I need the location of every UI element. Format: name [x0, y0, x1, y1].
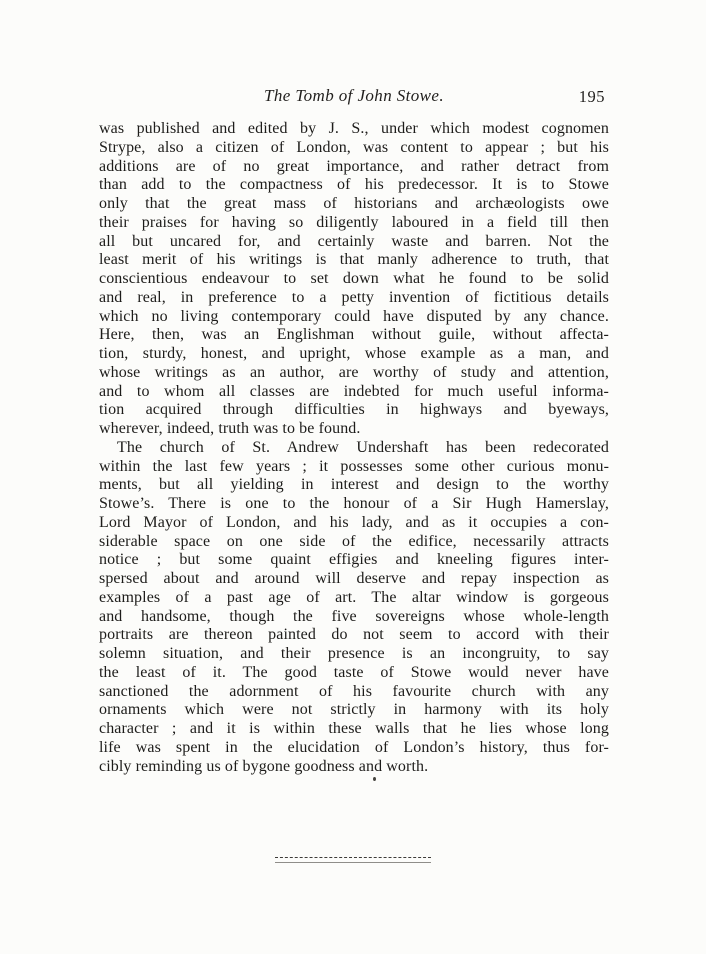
text-line: cibly reminding us of bygone goodness an…: [99, 758, 609, 777]
body-text: was published and edited by J. S., under…: [99, 120, 609, 776]
text-line: and to whom all classes are indebted for…: [99, 383, 609, 402]
text-line: The church of St. Andrew Undershaft has …: [99, 439, 609, 458]
text-line: life was spent in the elucidation of Lon…: [99, 739, 609, 758]
text-line: tion, sturdy, honest, and upright, whose…: [99, 345, 609, 364]
page-number: 195: [579, 87, 605, 107]
text-line: portraits are thereon painted do not see…: [99, 626, 609, 645]
text-line: within the last few years ; it possesses…: [99, 458, 609, 477]
running-title: The Tomb of John Stowe.: [99, 86, 609, 106]
text-line: examples of a past age of art. The altar…: [99, 589, 609, 608]
text-line: Stowe’s. There is one to the honour of a…: [99, 495, 609, 514]
text-line: spersed about and around will deserve an…: [99, 570, 609, 589]
text-line: conscientious endeavour to set down what…: [99, 270, 609, 289]
text-line: all but uncared for, and certainly waste…: [99, 233, 609, 252]
section-end-rule: [275, 857, 431, 863]
text-line: ornaments which were not strictly in har…: [99, 701, 609, 720]
running-header: The Tomb of John Stowe. 195: [99, 86, 609, 108]
text-line: was published and edited by J. S., under…: [99, 120, 609, 139]
text-line: which no living contemporary could have …: [99, 308, 609, 327]
text-line: only that the great mass of historians a…: [99, 195, 609, 214]
text-line: solemn situation, and their presence is …: [99, 645, 609, 664]
text-line: tion acquired through difficulties in hi…: [99, 401, 609, 420]
text-line: siderable space on one side of the edifi…: [99, 533, 609, 552]
text-line: Strype, also a citizen of London, was co…: [99, 139, 609, 158]
text-line: notice ; but some quaint effigies and kn…: [99, 551, 609, 570]
text-line: their praises for having so diligently l…: [99, 214, 609, 233]
text-line: the least of it. The good taste of Stowe…: [99, 664, 609, 683]
text-line: sanctioned the adornment of his favourit…: [99, 683, 609, 702]
ink-speck: [373, 777, 376, 781]
text-line: wherever, indeed, truth was to be found.: [99, 420, 609, 439]
text-line: Here, then, was an Englishman without gu…: [99, 326, 609, 345]
text-line: and handsome, though the five sovereigns…: [99, 608, 609, 627]
text-line: ments, but all yielding in interest and …: [99, 476, 609, 495]
text-line: additions are of no great importance, an…: [99, 158, 609, 177]
text-line: least merit of his writings is that manl…: [99, 251, 609, 270]
text-line: Lord Mayor of London, and his lady, and …: [99, 514, 609, 533]
text-line: and real, in preference to a petty inven…: [99, 289, 609, 308]
text-line: whose writings as an author, are worthy …: [99, 364, 609, 383]
book-page: The Tomb of John Stowe. 195 was publishe…: [0, 0, 706, 954]
text-line: character ; and it is within these walls…: [99, 720, 609, 739]
text-line: than add to the compactness of his prede…: [99, 176, 609, 195]
